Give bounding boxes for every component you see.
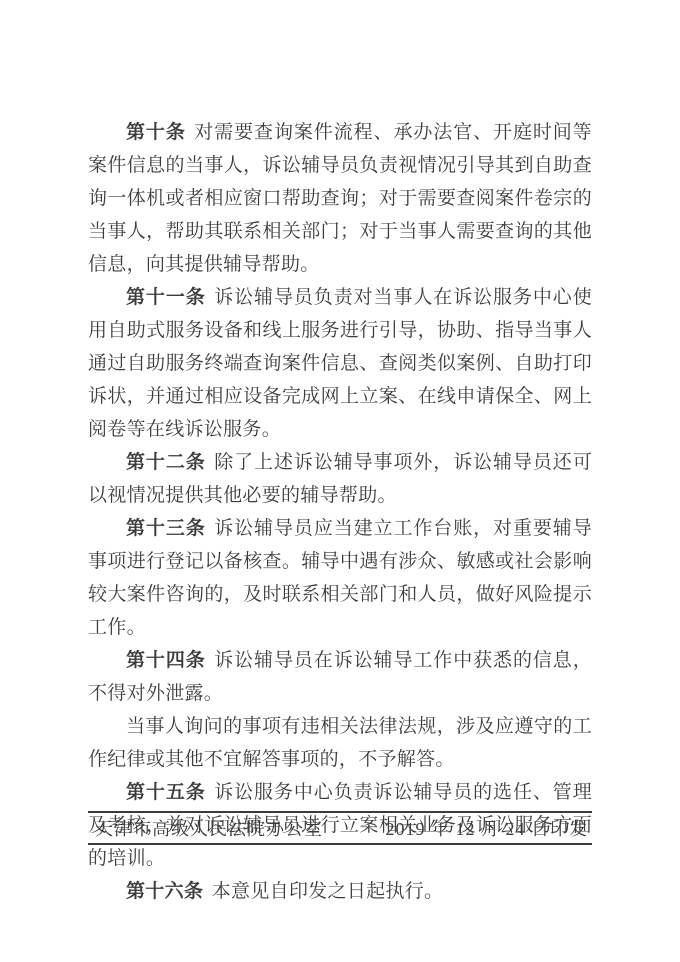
paragraph-article-13: 第十三条诉讼辅导员应当建立工作台账，对重要辅导事项进行登记以备核查。辅导中遇有涉… bbox=[88, 512, 592, 644]
article-11-number: 第十一条 bbox=[126, 287, 206, 308]
article-16-text: 本意见自印发之日起执行。 bbox=[212, 881, 444, 902]
article-12-number: 第十二条 bbox=[126, 452, 206, 473]
article-14-number: 第十四条 bbox=[126, 650, 206, 671]
article-10-number: 第十条 bbox=[126, 122, 186, 143]
paragraph-article-11: 第十一条诉讼辅导员负责对当事人在诉讼服务中心使用自助式服务设备和线上服务进行引导… bbox=[88, 281, 592, 446]
article-14-continuation-text: 当事人询问的事项有违相关法律法规，涉及应遵守的工作纪律或其他不宜解答事项的，不予… bbox=[88, 716, 592, 770]
article-13-number: 第十三条 bbox=[126, 518, 206, 539]
paragraph-article-10: 第十条对需要查询案件流程、承办法官、开庭时间等案件信息的当事人，诉讼辅导员负责视… bbox=[88, 116, 592, 281]
paragraph-article-16: 第十六条本意见自印发之日起执行。 bbox=[88, 875, 592, 908]
paragraph-article-12: 第十二条除了上述诉讼辅导事项外，诉讼辅导员还可以视情况提供其他必要的辅导帮助。 bbox=[88, 446, 592, 512]
document-page: 第十条对需要查询案件流程、承办法官、开庭时间等案件信息的当事人，诉讼辅导员负责视… bbox=[0, 0, 680, 962]
article-16-number: 第十六条 bbox=[126, 881, 203, 902]
article-10-text: 对需要查询案件流程、承办法官、开庭时间等案件信息的当事人，诉讼辅导员负责视情况引… bbox=[88, 122, 592, 275]
paragraph-article-14: 第十四条诉讼辅导员在诉讼辅导工作中获悉的信息，不得对外泄露。 bbox=[88, 644, 592, 710]
footer-print-date: 2019 年 12 月 24 日印发 bbox=[386, 815, 593, 841]
document-body: 第十条对需要查询案件流程、承办法官、开庭时间等案件信息的当事人，诉讼辅导员负责视… bbox=[88, 116, 592, 908]
paragraph-article-14-continuation: 当事人询问的事项有违相关法律法规，涉及应遵守的工作纪律或其他不宜解答事项的，不予… bbox=[88, 710, 592, 776]
article-15-number: 第十五条 bbox=[126, 782, 206, 803]
footer-issuer: 天津市高级人民法院办公室 bbox=[88, 815, 323, 841]
article-11-text: 诉讼辅导员负责对当事人在诉讼服务中心使用自助式服务设备和线上服务进行引导，协助、… bbox=[88, 287, 592, 440]
document-footer: 天津市高级人民法院办公室 2019 年 12 月 24 日印发 bbox=[88, 811, 592, 845]
